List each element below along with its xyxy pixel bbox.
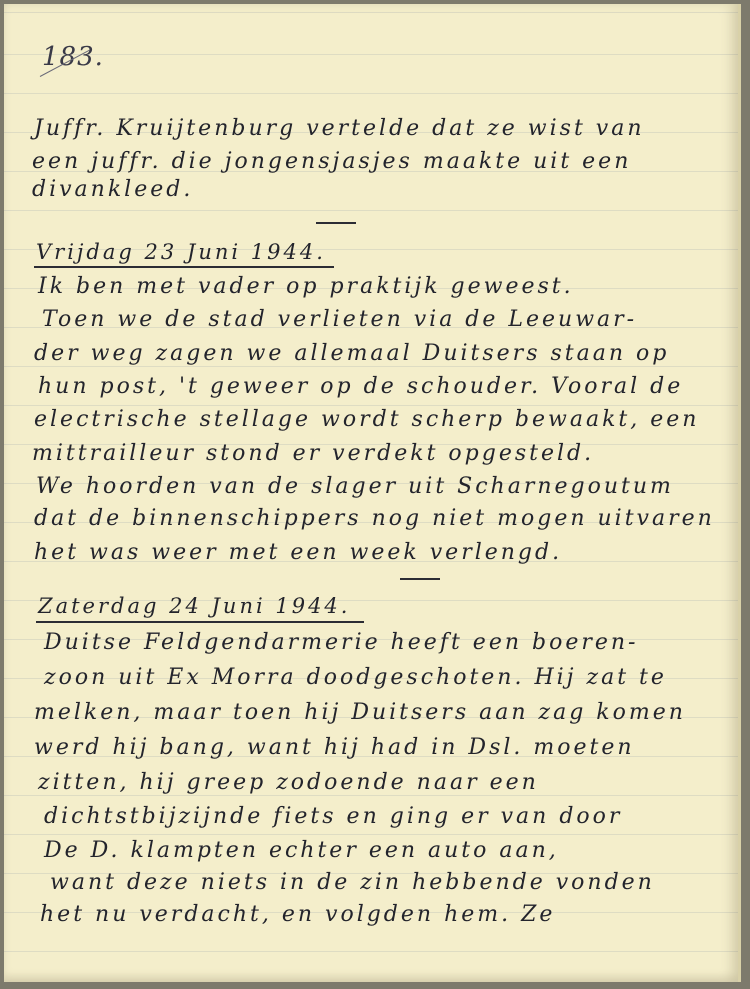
entry-separator bbox=[400, 578, 440, 580]
text-line: het was weer met een week verlengd. bbox=[34, 540, 562, 565]
text-line: Toen we de stad verlieten via de Leeuwar… bbox=[42, 307, 637, 332]
text-line: het nu verdacht, en volgden hem. Ze bbox=[40, 902, 555, 927]
text-line: Juffr. Kruijtenburg vertelde dat ze wist… bbox=[34, 116, 645, 141]
text-line: electrische stellage wordt scherp bewaak… bbox=[34, 407, 699, 432]
text-line: Ik ben met vader op praktijk geweest. bbox=[38, 274, 574, 299]
text-line: mittrailleur stond er verdekt opgesteld. bbox=[32, 441, 594, 466]
text-line: We hoorden van de slager uit Scharnegout… bbox=[36, 474, 674, 499]
text-line: dichtstbijzijnde fiets en ging er van do… bbox=[44, 804, 622, 829]
entry-date-heading: Vrijdag 23 Juni 1944. bbox=[36, 240, 326, 264]
text-line: want deze niets in de zin hebbende vonde… bbox=[50, 870, 655, 895]
text-line: zoon uit Ex Morra doodgeschoten. Hij zat… bbox=[44, 665, 667, 690]
text-line: dat de binnenschippers nog niet mogen ui… bbox=[34, 506, 715, 531]
text-line: hun post, 't geweer op de schouder. Voor… bbox=[38, 374, 683, 399]
diary-page: 183. Juffr. Kruijtenburg vertelde dat ze… bbox=[4, 4, 741, 982]
text-line: zitten, hij greep zodoende naar een bbox=[38, 770, 539, 795]
text-line: Duitse Feldgendarmerie heeft een boeren- bbox=[44, 630, 639, 655]
text-line: divankleed. bbox=[32, 177, 193, 202]
entry-date-heading: Zaterdag 24 Juni 1944. bbox=[38, 594, 350, 618]
text-line: der weg zagen we allemaal Duitsers staan… bbox=[34, 341, 669, 366]
text-line: melken, maar toen hij Duitsers aan zag k… bbox=[34, 700, 686, 725]
text-line: De D. klampten echter een auto aan, bbox=[44, 838, 559, 863]
heading-underline bbox=[36, 621, 364, 623]
heading-underline bbox=[34, 266, 334, 268]
text-line: een juffr. die jongensjasjes maakte uit … bbox=[32, 149, 631, 174]
entry-separator bbox=[316, 222, 356, 224]
text-line: werd hij bang, want hij had in Dsl. moet… bbox=[34, 735, 635, 760]
